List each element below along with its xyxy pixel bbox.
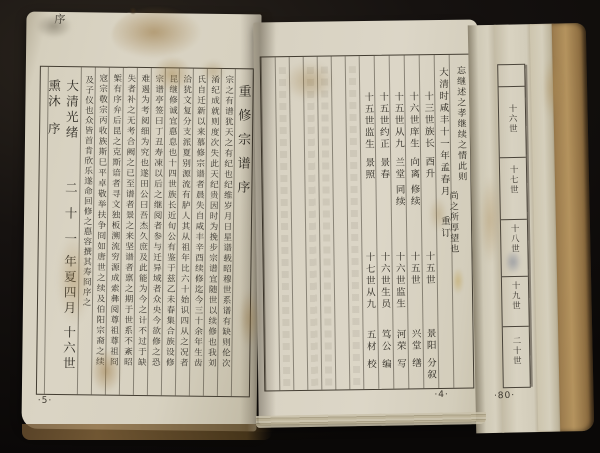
roster-title: 十五世: [423, 251, 434, 286]
roster-role: 同续: [393, 184, 404, 208]
right-page-text-frame: 忘继述之孝继续之情此则 尚之所厚望也 大清时咸丰十一年孟春月重订 十三世族长酉升…: [260, 54, 475, 392]
roster-title: 十六世监生: [393, 251, 405, 310]
opening-line-1: 忘继述之孝继续之情此则: [454, 66, 469, 183]
roster-name: 兰堂: [393, 157, 404, 181]
tab-cell-empty: [498, 65, 524, 87]
page-bottom-edges: [256, 412, 486, 428]
tab-cell: 二十世: [503, 327, 530, 385]
generation-text: 十六世: [61, 326, 77, 373]
author-name: 熏沐: [46, 79, 61, 110]
roster-name: 景春: [378, 157, 389, 181]
date-text: 大清时咸丰十一年孟春月: [437, 67, 450, 198]
roster-name: 酉升: [423, 157, 434, 181]
roster-role: 写: [395, 358, 406, 370]
roster-title: 十三世族长: [422, 91, 434, 150]
fore-edge-page-stack: [468, 23, 600, 434]
tab-label: 十六世: [506, 104, 519, 134]
roster-name: 五材: [365, 329, 376, 353]
roster-name: 河荣: [394, 329, 405, 353]
right-page: 忘继述之孝继续之情此则 尚之所厚望也 大清时咸丰十一年孟春月重订 十三世族长酉升…: [253, 19, 483, 424]
era-text: 大清光绪: [64, 79, 80, 141]
right-page-number: ·4·: [434, 390, 449, 400]
roster-title: 十六世生员: [378, 252, 390, 311]
roster-role: 缮: [410, 358, 421, 370]
generation-tab-strip: 十六世 十七世 十八世 十九世 二十世: [497, 64, 531, 388]
book-photo: 序 重修宗谱序 宗之有谱犹天之有纪也纪维岁月日星谱载昭穆世系谱有缺则伦次 淆纪成…: [0, 0, 600, 453]
roster-lower-entry: 十六世监生河荣写: [391, 251, 407, 370]
month-text: 年夏四月: [62, 255, 78, 317]
roster-lower-entry: 十五世兴堂缮: [406, 251, 422, 369]
roster-lower-entry: 十七世从九五材校: [361, 252, 377, 371]
roster-role: 校: [365, 359, 376, 371]
year-digit: 二: [63, 181, 78, 197]
book-cover-edge: [552, 23, 595, 432]
roster-name: 兴堂: [409, 328, 420, 352]
roster-title: 十七世从九: [363, 252, 375, 311]
left-page-number: ·5·: [38, 396, 53, 406]
left-page-text-frame: 重修宗谱序 宗之有谱犹天之有纪也纪维岁月日星谱载昭穆世系谱有缺则伦次 淆纪成就则…: [36, 66, 254, 398]
tab-label: 十九世: [509, 281, 522, 311]
year-digit: 一: [63, 232, 78, 248]
year-digit: 十: [63, 207, 78, 223]
roster-lower-entry: 十五世景阳分叙: [421, 251, 437, 381]
opening-line-2: 尚之所厚望也: [447, 191, 461, 255]
roster-lower-entry: 十六世生员笃公编: [376, 252, 392, 371]
tab-cell: 十七世: [500, 158, 527, 220]
roster-role: 分叙: [425, 358, 436, 382]
tab-cell: 十九世: [502, 277, 529, 327]
roster-name: 景照: [363, 157, 374, 181]
book-cover-bottom-edge: [22, 424, 272, 440]
edge-page-number: ·80·: [494, 391, 516, 402]
roster-title: 十六世庠生: [407, 91, 419, 150]
roster-name: 景阳: [424, 328, 435, 352]
roster-role: 修续: [408, 184, 419, 208]
roster-title: 十五世监生: [362, 92, 374, 151]
tab-label: 二十世: [510, 336, 523, 366]
roster-title: 十五世约正: [377, 92, 389, 151]
running-header: 序: [54, 11, 65, 27]
roster-name: 笃公: [379, 329, 390, 353]
tab-cell: 十八世: [501, 220, 528, 277]
tab-label: 十八世: [508, 224, 521, 254]
roster-name: 向离: [408, 157, 419, 181]
roster-title: 十五世从九: [392, 91, 404, 150]
roster-title: 十五世: [408, 251, 419, 286]
preface-date-column: 大清光绪二十一年夏四月十六世熏沐序: [44, 67, 81, 394]
left-page: 序 重修宗谱序 宗之有谱犹天之有纪也纪维岁月日星谱载昭穆世系谱有缺则伦次 淆纪成…: [21, 12, 261, 432]
preface-suffix: 序: [46, 122, 61, 138]
roster-role: 编: [380, 359, 391, 371]
tab-label: 十七世: [507, 165, 520, 195]
tab-cell: 十六世: [499, 87, 526, 158]
